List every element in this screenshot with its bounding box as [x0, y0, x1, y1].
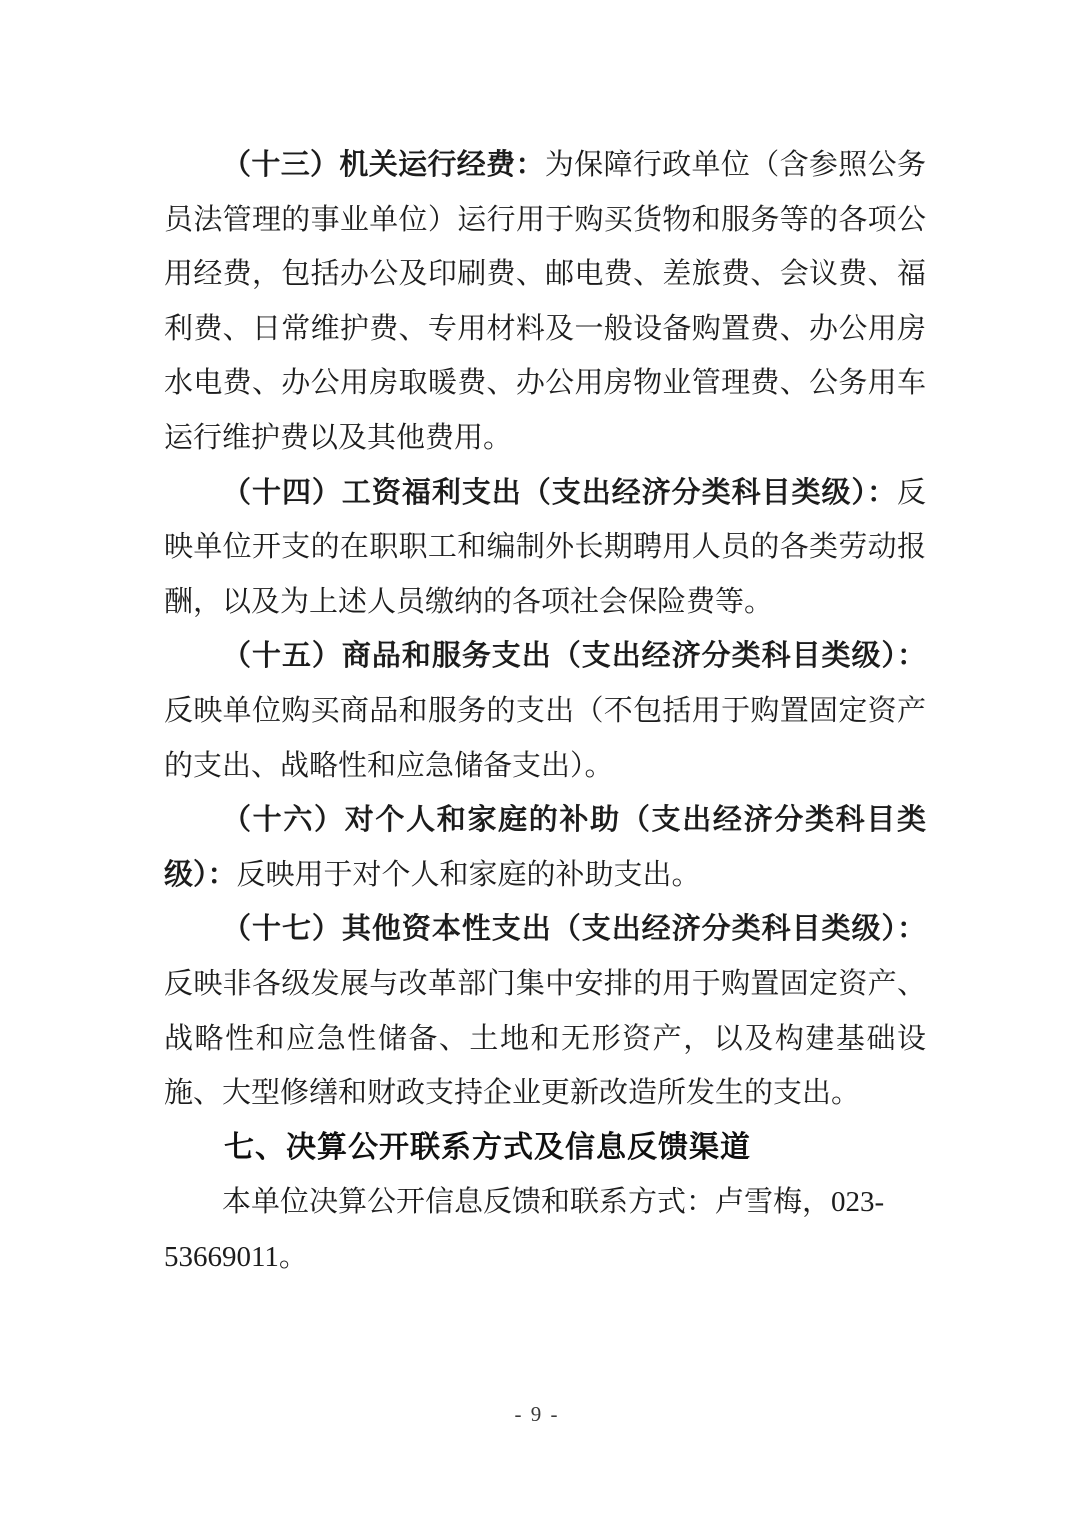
- paragraph-item-14: （十四）工资福利支出（支出经济分类科目类级）：反映单位开支的在职职工和编制外长期…: [164, 466, 926, 630]
- section-heading: 七、决算公开联系方式及信息反馈渠道: [164, 1121, 926, 1176]
- paragraph-item-13: （十三）机关运行经费：为保障行政单位（含参照公务员法管理的事业单位）运行用于购买…: [164, 138, 926, 466]
- paragraph-item-15: （十五）商品和服务支出（支出经济分类科目类级）：反映单位购买商品和服务的支出（不…: [164, 629, 926, 793]
- page-number: - 9 -: [0, 1402, 1074, 1427]
- paragraph-item-17-lead: （十七）其他资本性支出（支出经济分类科目类级）：: [222, 913, 926, 945]
- paragraph-item-13-lead: （十三）机关运行经费：: [222, 149, 545, 181]
- document-body: （十三）机关运行经费：为保障行政单位（含参照公务员法管理的事业单位）运行用于购买…: [164, 138, 926, 1284]
- paragraph-item-13-body: 为保障行政单位（含参照公务员法管理的事业单位）运行用于购买货物和服务等的各项公用…: [164, 149, 926, 454]
- paragraph-item-17: （十七）其他资本性支出（支出经济分类科目类级）：反映非各级发展与改革部门集中安排…: [164, 902, 926, 1120]
- paragraph-item-15-body: 反映单位购买商品和服务的支出（不包括用于购置固定资产的支出、战略性和应急储备支出…: [164, 695, 926, 782]
- document-page: （十三）机关运行经费：为保障行政单位（含参照公务员法管理的事业单位）运行用于购买…: [0, 0, 1074, 1520]
- paragraph-item-14-lead: （十四）工资福利支出（支出经济分类科目类级）：: [222, 477, 897, 509]
- paragraph-item-16-body: 反映用于对个人和家庭的补助支出。: [237, 859, 701, 891]
- paragraph-item-16: （十六）对个人和家庭的补助（支出经济分类科目类级）：反映用于对个人和家庭的补助支…: [164, 793, 926, 902]
- paragraph-item-17-body: 反映非各级发展与改革部门集中安排的用于购置固定资产、战略性和应急性储备、土地和无…: [164, 968, 926, 1109]
- paragraph-item-15-lead: （十五）商品和服务支出（支出经济分类科目类级）：: [222, 640, 926, 672]
- contact-paragraph: 本单位决算公开信息反馈和联系方式：卢雪梅，023-53669011。: [164, 1175, 926, 1284]
